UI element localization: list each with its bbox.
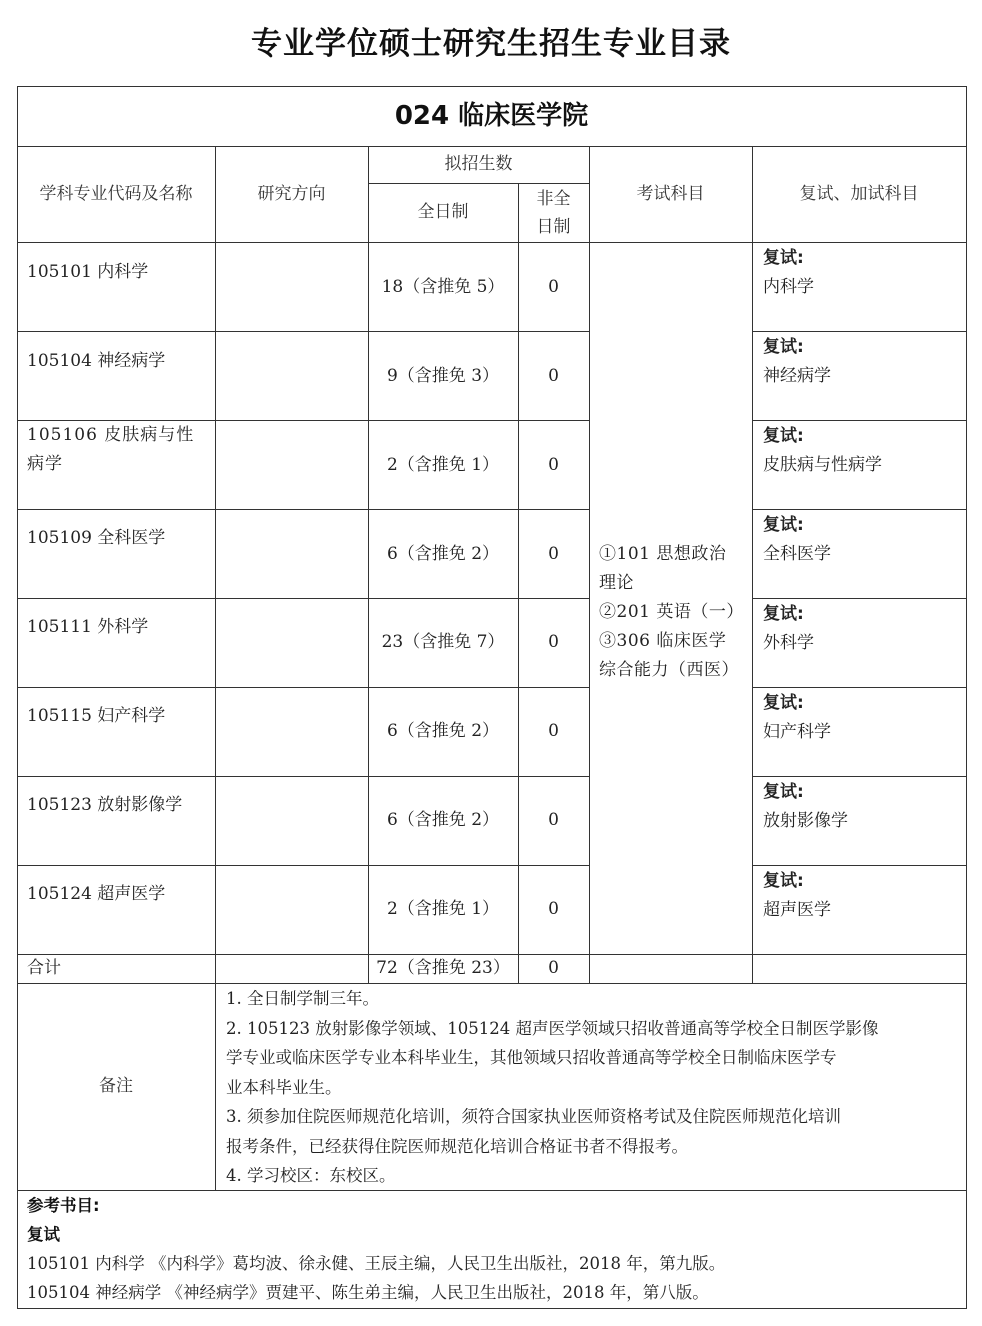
document-title: 专业学位硕士研究生招生专业目录 [0,18,982,63]
divider [752,776,967,777]
note-line: 4. 学习校区：东校区。 [226,1161,962,1191]
header-part-time-line2: 日制 [518,213,589,241]
total-part-time: 0 [518,954,589,983]
section-title: 024 临床医学院 [17,86,966,146]
divider [368,183,589,184]
retest-cell: 复试: 妇产科学 [763,689,963,747]
divider [17,776,589,777]
divider [752,598,967,599]
header-exam-subjects: 考试科目 [589,146,752,242]
divider [17,331,589,332]
retest-cell: 复试: 神经病学 [763,333,963,391]
retest-subject: 全科医学 [763,540,963,569]
header-direction: 研究方向 [215,146,368,242]
part-time-count: 0 [518,540,589,569]
part-time-count: 0 [518,451,589,480]
retest-label: 复试: [763,333,963,362]
header-retest-subjects: 复试、加试科目 [752,146,966,242]
part-time-count: 0 [518,806,589,835]
divider [752,865,967,866]
table-border-right [966,86,967,1308]
divider [589,146,590,983]
full-time-count: 6（含推免 2） [368,540,518,569]
retest-label: 复试: [763,600,963,629]
retest-subject: 皮肤病与性病学 [763,451,963,480]
total-full-time: 72（含推免 23） [368,954,518,983]
part-time-count: 0 [518,362,589,391]
divider [17,242,967,243]
major-name: 105106 皮肤病与性 [27,421,213,450]
divider [752,146,753,983]
retest-cell: 复试: 外科学 [763,600,963,658]
exam-subject-line: ③306 临床医学 [599,627,749,656]
divider [17,598,589,599]
major-name: 105123 放射影像学 [27,791,213,820]
divider [752,420,967,421]
header-major: 学科专业代码及名称 [17,146,215,242]
part-time-count: 0 [518,273,589,302]
major-name: 105124 超声医学 [27,880,213,909]
major-cell: 105123 放射影像学 [27,791,213,820]
exam-subjects-cell: ①101 思想政治 理论 ②201 英语（一） ③306 临床医学 综合能力（西… [599,540,749,685]
major-cell: 105109 全科医学 [27,524,213,553]
divider [215,983,216,1190]
divider [752,687,967,688]
full-time-count: 2（含推免 1） [368,895,518,924]
major-cell: 105101 内科学 [27,258,213,287]
reference-item: 105101 内科学 《内科学》葛均波、徐永健、王辰主编，人民卫生出版社，201… [27,1249,963,1278]
divider [752,509,967,510]
major-name: 105104 神经病学 [27,347,213,376]
divider [17,687,589,688]
header-part-time: 非全 日制 [518,183,589,242]
part-time-count: 0 [518,717,589,746]
exam-subject-line: 综合能力（西医） [599,656,749,685]
retest-subject: 神经病学 [763,362,963,391]
full-time-count: 9（含推免 3） [368,362,518,391]
major-cell: 105106 皮肤病与性 病学 [27,421,213,479]
exam-subject-line: 理论 [599,569,749,598]
major-name-cont: 病学 [27,450,213,479]
major-cell: 105111 外科学 [27,613,213,642]
part-time-count: 0 [518,628,589,657]
major-name: 105111 外科学 [27,613,213,642]
header-planned-enrollment: 拟招生数 [368,146,589,183]
major-name: 105101 内科学 [27,258,213,287]
exam-subject-line: ①101 思想政治 [599,540,749,569]
retest-cell: 复试: 放射影像学 [763,778,963,836]
note-line: 业本科毕业生。 [226,1073,962,1103]
retest-subject: 超声医学 [763,896,963,925]
divider [752,331,967,332]
note-line: 2. 105123 放射影像学领域、105124 超声医学领域只招收普通高等学校… [226,1014,962,1044]
exam-subject-line: ②201 英语（一） [599,598,749,627]
major-name: 105109 全科医学 [27,524,213,553]
major-name: 105115 妇产科学 [27,702,213,731]
total-label: 合计 [27,954,213,983]
full-time-count: 6（含推免 2） [368,717,518,746]
retest-cell: 复试: 内科学 [763,244,963,302]
notes-label: 备注 [17,983,215,1190]
divider [17,509,589,510]
retest-label: 复试: [763,867,963,896]
retest-cell: 复试: 皮肤病与性病学 [763,422,963,480]
major-cell: 105124 超声医学 [27,880,213,909]
note-line: 学专业或临床医学专业本科毕业生，其他领域只招收普通高等学校全日制临床医学专 [226,1043,962,1073]
full-time-count: 6（含推免 2） [368,806,518,835]
divider [17,865,589,866]
retest-label: 复试: [763,422,963,451]
reference-item: 105104 神经病学 《神经病学》贾建平、陈生弟主编，人民卫生出版社，2018… [27,1278,963,1307]
retest-label: 复试: [763,511,963,540]
retest-subject: 妇产科学 [763,718,963,747]
table-border-bottom [17,1308,967,1309]
retest-cell: 复试: 全科医学 [763,511,963,569]
retest-cell: 复试: 超声医学 [763,867,963,925]
retest-subject: 内科学 [763,273,963,302]
full-time-count: 2（含推免 1） [368,451,518,480]
references: 参考书目: 复试 105101 内科学 《内科学》葛均波、徐永健、王辰主编，人民… [27,1191,963,1307]
full-time-count: 23（含推免 7） [368,628,518,657]
part-time-count: 0 [518,895,589,924]
retest-label: 复试: [763,689,963,718]
references-subheading: 复试 [27,1220,963,1249]
retest-subject: 放射影像学 [763,807,963,836]
full-time-count: 18（含推免 5） [368,273,518,302]
retest-subject: 外科学 [763,629,963,658]
note-line: 报考条件，已经获得住院医师规范化培训合格证书者不得报考。 [226,1132,962,1162]
notes-content: 1. 全日制学制三年。 2. 105123 放射影像学领域、105124 超声医… [226,984,962,1191]
retest-label: 复试: [763,778,963,807]
retest-label: 复试: [763,244,963,273]
major-cell: 105115 妇产科学 [27,702,213,731]
divider [215,146,216,983]
header-full-time: 全日制 [368,183,518,242]
note-line: 3. 须参加住院医师规范化培训，须符合国家执业医师资格考试及住院医师规范化培训 [226,1102,962,1132]
note-line: 1. 全日制学制三年。 [226,984,962,1014]
divider [518,183,519,983]
references-heading: 参考书目: [27,1191,963,1220]
header-part-time-line1: 非全 [518,185,589,213]
major-cell: 105104 神经病学 [27,347,213,376]
